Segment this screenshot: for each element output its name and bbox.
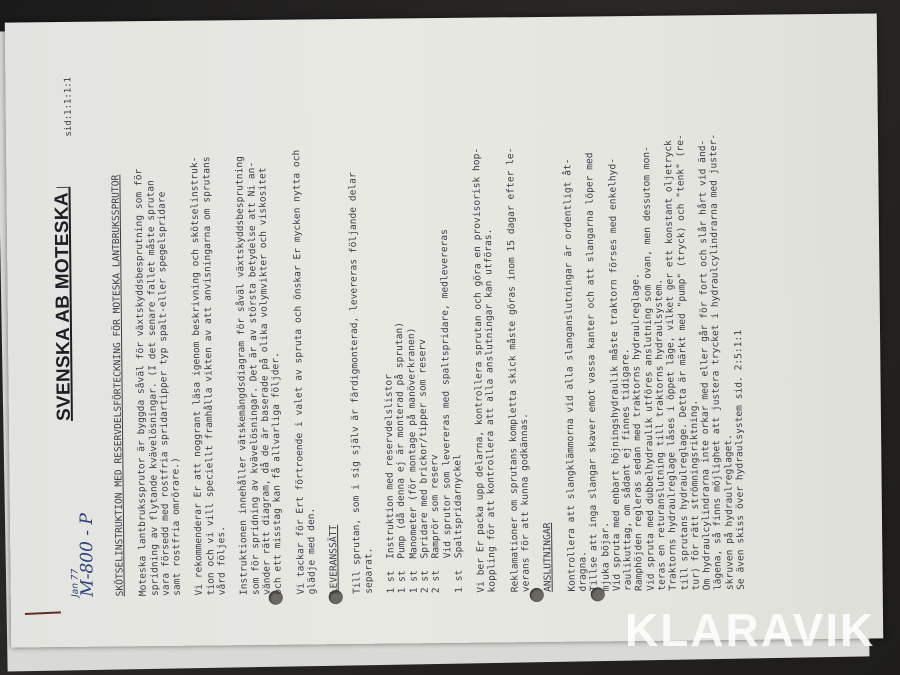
intro-paragraph: Instruktionen innehåller vätskemängdsdia…: [234, 74, 285, 594]
delivery-lead: Till sprutan, som i sig själv är färdigm…: [347, 73, 375, 593]
page-header: Jan 77 M-800 - P SVENSKA AB MOTESKA sid:…: [51, 76, 116, 597]
intro-paragraph: Moteska lantbrukssprutor är byggda såväl…: [133, 75, 184, 595]
section-heading-delivery: LEVERANSSÄTT: [323, 74, 340, 594]
company-name: SVENSKA AB MOTESKA: [56, 187, 73, 421]
delivery-parts-list: 1 st Instruktion med reservdelslistor1 s…: [380, 72, 465, 593]
connections-text: Kontrollera att slangklämmorna vid alla …: [561, 69, 747, 591]
delivery-paragraph: Reklamationer om sprutans kompletta skic…: [504, 72, 532, 592]
watermark-logo: KLARAVIK: [625, 603, 875, 657]
section-heading-connections: ANSLUTNINGAR: [538, 71, 555, 591]
pen-mark: [25, 611, 61, 615]
intro-paragraph: Vi tackar för Ert förtroende i valet av …: [290, 74, 318, 594]
intro-paragraph: Vi rekommenderar Er att noggrant läsa ig…: [189, 75, 228, 595]
page-reference: sid:1:1:1:1: [63, 76, 75, 136]
handwritten-model: M-800 - P: [82, 513, 94, 597]
document-sheet: Jan 77 M-800 - P SVENSKA AB MOTESKA sid:…: [5, 13, 883, 647]
delivery-paragraph: Vi ber Er packa upp delarna, kontrollera…: [470, 72, 498, 592]
document-body: SKÖTSELINSTRUKTION MED RESERVDELSFÖRTECK…: [109, 69, 747, 596]
rotated-page: Jan 77 M-800 - P SVENSKA AB MOTESKA sid:…: [51, 46, 837, 614]
